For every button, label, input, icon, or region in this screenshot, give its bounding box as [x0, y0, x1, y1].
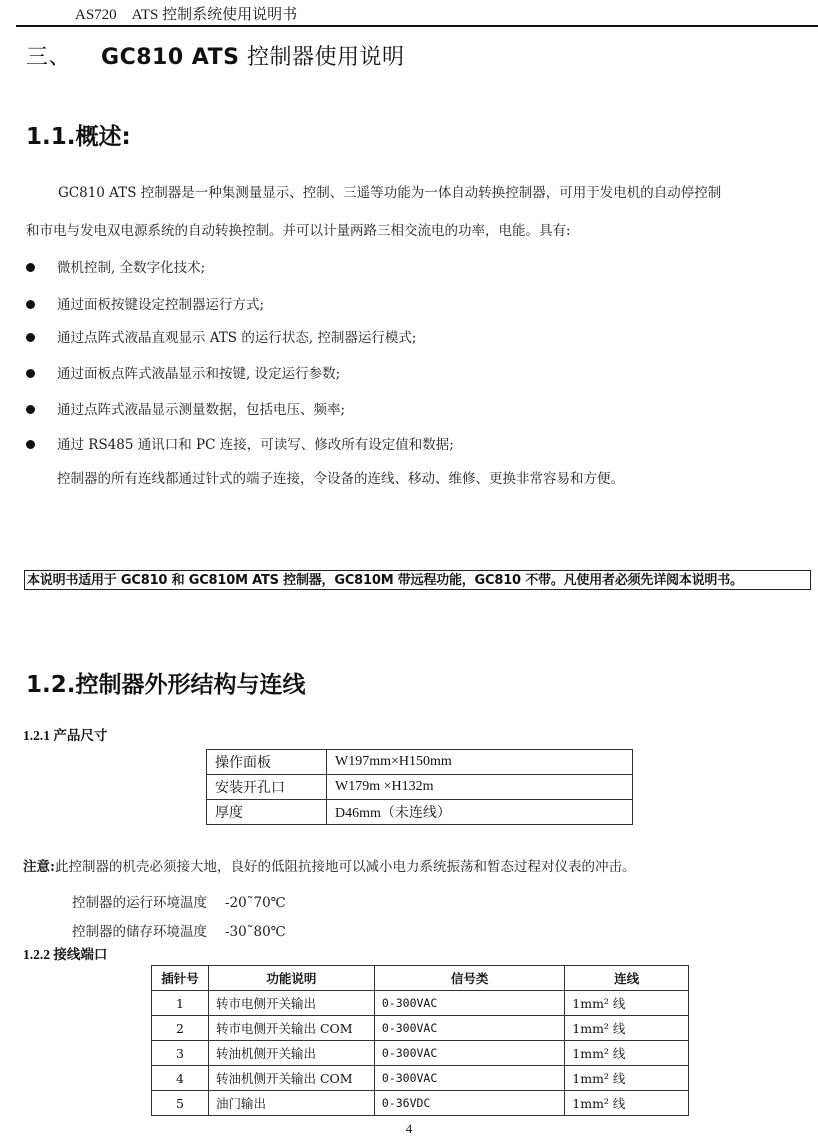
- connection-paragraph: 控制器的所有连线都通过针式的端子连接，令设备的连线、移动、维修、更换非常容易和方…: [57, 467, 624, 487]
- temp-label: 控制器的储存环境温度: [72, 924, 207, 940]
- dimension-value: D46mm（未连线）: [327, 800, 633, 825]
- feature-bullet: 通过 RS485 通讯口和 PC 连接，可读写、修改所有设定值和数据;: [26, 433, 454, 453]
- table-row: 1 转市电侧开关输出 0-300VAC 1mm² 线: [152, 991, 689, 1016]
- pin-wire: 1mm² 线: [565, 1041, 689, 1066]
- temp-value: -20˜70℃: [225, 895, 286, 911]
- dimension-label: 操作面板: [207, 750, 327, 775]
- running-header: AS720 ATS 控制系统使用说明书: [75, 3, 297, 24]
- temp-label: 控制器的运行环境温度: [72, 895, 207, 911]
- pin-signal: 0-36VDC: [374, 1091, 564, 1116]
- column-header-pin: 插针号: [152, 966, 209, 991]
- pin-number: 5: [152, 1091, 209, 1116]
- pin-function: 转油机侧开关输出 COM: [208, 1066, 374, 1091]
- pin-signal: 0-300VAC: [374, 1041, 564, 1066]
- dimension-label: 厚度: [207, 800, 327, 825]
- pin-signal: 0-300VAC: [374, 991, 564, 1016]
- dimension-value: W197mm×H150mm: [327, 750, 633, 775]
- pin-wire: 1mm² 线: [565, 1066, 689, 1091]
- bullet-icon: [26, 300, 35, 309]
- table-row: 操作面板 W197mm×H150mm: [207, 750, 633, 775]
- chapter-title: 三、GC810 ATS 控制器使用说明: [26, 40, 404, 71]
- pin-wire: 1mm² 线: [565, 1091, 689, 1116]
- pin-number: 2: [152, 1016, 209, 1041]
- bullet-icon: [26, 263, 35, 272]
- dimension-value: W179m ×H132m: [327, 775, 633, 800]
- table-header-row: 插针号 功能说明 信号类 连线: [152, 966, 689, 991]
- pin-function: 油门输出: [208, 1091, 374, 1116]
- bullet-icon: [26, 440, 35, 449]
- pin-signal: 0-300VAC: [374, 1016, 564, 1041]
- operating-temperature: 控制器的运行环境温度-20˜70℃: [72, 891, 286, 911]
- table-row: 安装开孔口 W179m ×H132m: [207, 775, 633, 800]
- feature-bullet: 通过面板点阵式液晶显示和按键, 设定运行参数;: [26, 362, 340, 382]
- grounding-note: 注意:此控制器的机壳必须接大地，良好的低阻抗接地可以减小电力系统振荡和暂态过程对…: [23, 855, 635, 875]
- note-text: 此控制器的机壳必须接大地，良好的低阻抗接地可以减小电力系统振荡和暂态过程对仪表的…: [55, 859, 636, 875]
- applicability-notice: 本说明书适用于 GC810 和 GC810M ATS 控制器，GC810M 带远…: [24, 570, 811, 590]
- bullet-icon: [26, 405, 35, 414]
- section-heading-overview: 1.1.概述:: [26, 118, 131, 151]
- pin-function: 转油机侧开关输出: [208, 1041, 374, 1066]
- feature-bullet: 通过点阵式液晶显示测量数据，包括电压、频率;: [26, 398, 345, 418]
- table-row: 5 油门输出 0-36VDC 1mm² 线: [152, 1091, 689, 1116]
- intro-paragraph-line-2: 和市电与发电双电源系统的自动转换控制。并可以计量两路三相交流电的功率，电能。具有…: [26, 219, 571, 239]
- table-row: 4 转油机侧开关输出 COM 0-300VAC 1mm² 线: [152, 1066, 689, 1091]
- note-label: 注意:: [23, 859, 55, 875]
- section-heading-structure: 1.2.控制器外形结构与连线: [26, 666, 305, 699]
- table-row: 3 转油机侧开关输出 0-300VAC 1mm² 线: [152, 1041, 689, 1066]
- feature-bullet: 通过面板按键设定控制器运行方式;: [26, 293, 264, 313]
- dimension-label: 安装开孔口: [207, 775, 327, 800]
- pin-number: 1: [152, 991, 209, 1016]
- pin-wire: 1mm² 线: [565, 991, 689, 1016]
- header-rule: [16, 25, 818, 27]
- subsection-heading-dimensions: 1.2.1 产品尺寸: [23, 724, 107, 744]
- intro-paragraph-line-1: GC810 ATS 控制器是一种集测量显示、控制、三遥等功能为一体自动转换控制器…: [58, 181, 721, 201]
- pin-function: 转市电侧开关输出: [208, 991, 374, 1016]
- pin-number: 3: [152, 1041, 209, 1066]
- storage-temperature: 控制器的储存环境温度-30˜80℃: [72, 920, 286, 940]
- pin-function: 转市电侧开关输出 COM: [208, 1016, 374, 1041]
- feature-bullet: 微机控制, 全数字化技术;: [26, 256, 205, 276]
- pin-wire: 1mm² 线: [565, 1016, 689, 1041]
- temp-value: -30˜80℃: [225, 924, 286, 940]
- table-row: 厚度 D46mm（未连线）: [207, 800, 633, 825]
- feature-bullet: 通过点阵式液晶直观显示 ATS 的运行状态, 控制器运行模式;: [26, 326, 416, 346]
- column-header-wire: 连线: [565, 966, 689, 991]
- bullet-icon: [26, 369, 35, 378]
- column-header-function: 功能说明: [208, 966, 374, 991]
- dimensions-table: 操作面板 W197mm×H150mm 安装开孔口 W179m ×H132m 厚度…: [206, 749, 633, 825]
- pin-signal: 0-300VAC: [374, 1066, 564, 1091]
- chapter-title-model: GC810 ATS: [101, 45, 239, 70]
- terminal-table: 插针号 功能说明 信号类 连线 1 转市电侧开关输出 0-300VAC 1mm²…: [151, 965, 689, 1116]
- column-header-signal: 信号类: [374, 966, 564, 991]
- page-number: 4: [0, 1121, 818, 1137]
- chapter-number: 三、: [26, 45, 71, 70]
- table-row: 2 转市电侧开关输出 COM 0-300VAC 1mm² 线: [152, 1016, 689, 1041]
- chapter-title-text: 控制器使用说明: [239, 45, 404, 70]
- subsection-heading-terminals: 1.2.2 接线端口: [23, 943, 107, 963]
- pin-number: 4: [152, 1066, 209, 1091]
- bullet-icon: [26, 333, 35, 342]
